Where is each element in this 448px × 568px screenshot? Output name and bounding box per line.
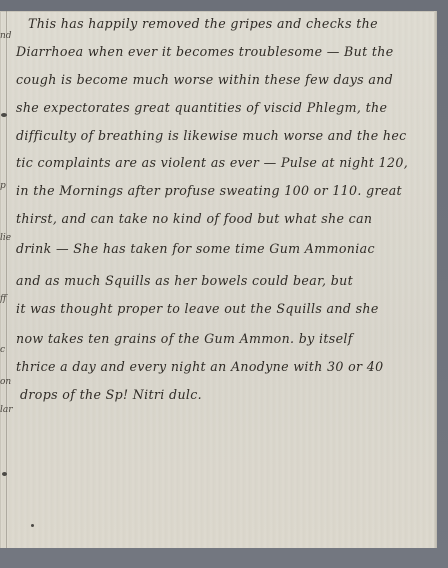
text-line-7: in the Mornings after profuse sweating 1…	[16, 185, 402, 198]
margin-fragment: nd	[0, 31, 12, 41]
ink-mark	[2, 472, 7, 476]
text-line-12: now takes ten grains of the Gum Ammon. b…	[16, 333, 353, 346]
margin-fragment: c	[0, 345, 5, 355]
text-line-2: Diarrhoea when ever it becomes troubleso…	[16, 46, 394, 59]
manuscript-page: nd p lie ff c on lar This has happily re…	[0, 11, 437, 548]
text-line-11: it was thought proper to leave out the S…	[16, 303, 379, 316]
margin-fragment: lar	[0, 405, 13, 415]
text-line-3: cough is become much worse within these …	[16, 74, 393, 87]
text-line-14: drops of the Sp! Nitri dulc.	[20, 389, 202, 402]
text-line-5: difficulty of breathing is likewise much…	[16, 130, 407, 143]
text-line-9: drink — She has taken for some time Gum …	[16, 243, 375, 256]
ink-mark	[1, 113, 7, 117]
left-margin-fragments: nd p lie ff c on lar	[0, 11, 14, 548]
margin-fragment: ff	[0, 294, 6, 304]
margin-fragment: lie	[0, 233, 11, 243]
ink-speck	[31, 524, 34, 527]
text-line-8: thirst, and can take no kind of food but…	[16, 213, 372, 226]
margin-fragment: on	[0, 377, 11, 387]
text-line-1: This has happily removed the gripes and …	[28, 18, 378, 31]
text-line-4: she expectorates great quantities of vis…	[16, 102, 387, 115]
text-line-13: thrice a day and every night an Anodyne …	[16, 361, 384, 374]
text-line-6: tic complaints are as violent as ever — …	[16, 157, 408, 170]
page-edge	[434, 11, 437, 548]
text-line-10: and as much Squills as her bowels could …	[16, 275, 353, 288]
margin-fragment: p	[0, 181, 6, 191]
